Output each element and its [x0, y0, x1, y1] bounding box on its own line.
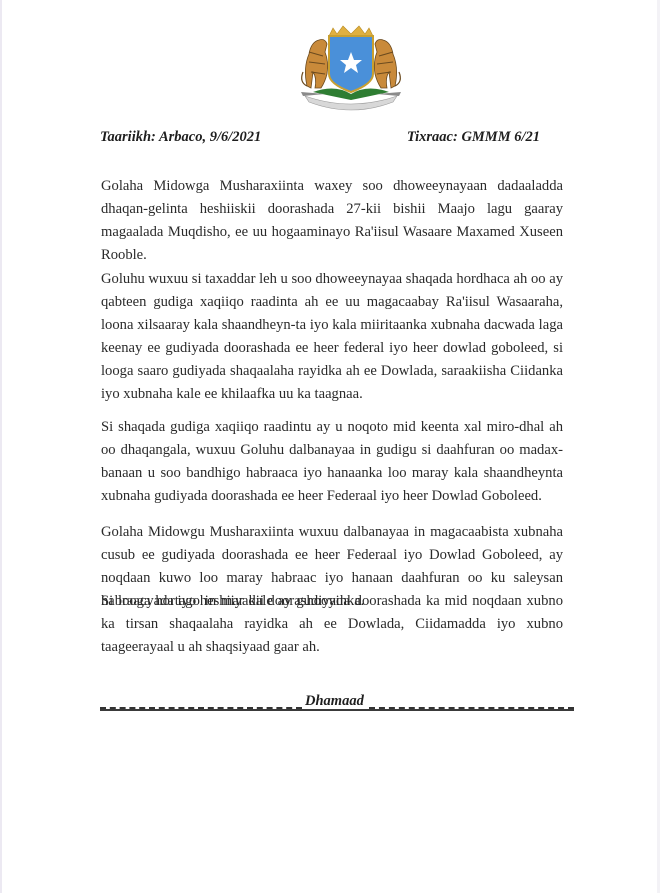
letter-header: Taariikh: Arbaco, 9/6/2021 Tixraac: GMMM…	[100, 129, 540, 149]
paragraph-2: Goluhu wuxuu si taxaddar leh u soo dhowe…	[101, 268, 563, 406]
coat-of-arms-icon	[295, 22, 407, 114]
closing-label: Dhamaad	[305, 693, 364, 710]
closing-line: Dhamaad	[100, 694, 574, 712]
paragraph-5: Si looga hortago in mar kale ay gudiyada…	[101, 590, 563, 659]
paragraph-1: Golaha Midowga Musharaxiinta waxey soo d…	[101, 175, 563, 267]
closing-underline	[100, 709, 574, 711]
closing-dashes-right	[369, 694, 574, 709]
scan-edge-left	[0, 0, 2, 893]
reference-line: Tixraac: GMMM 6/21	[407, 129, 540, 146]
paragraph-3: Si shaqada gudiga xaqiiqo raadintu ay u …	[101, 416, 563, 508]
closing-dashes-left	[100, 694, 302, 709]
date-line: Taariikh: Arbaco, 9/6/2021	[100, 129, 261, 146]
